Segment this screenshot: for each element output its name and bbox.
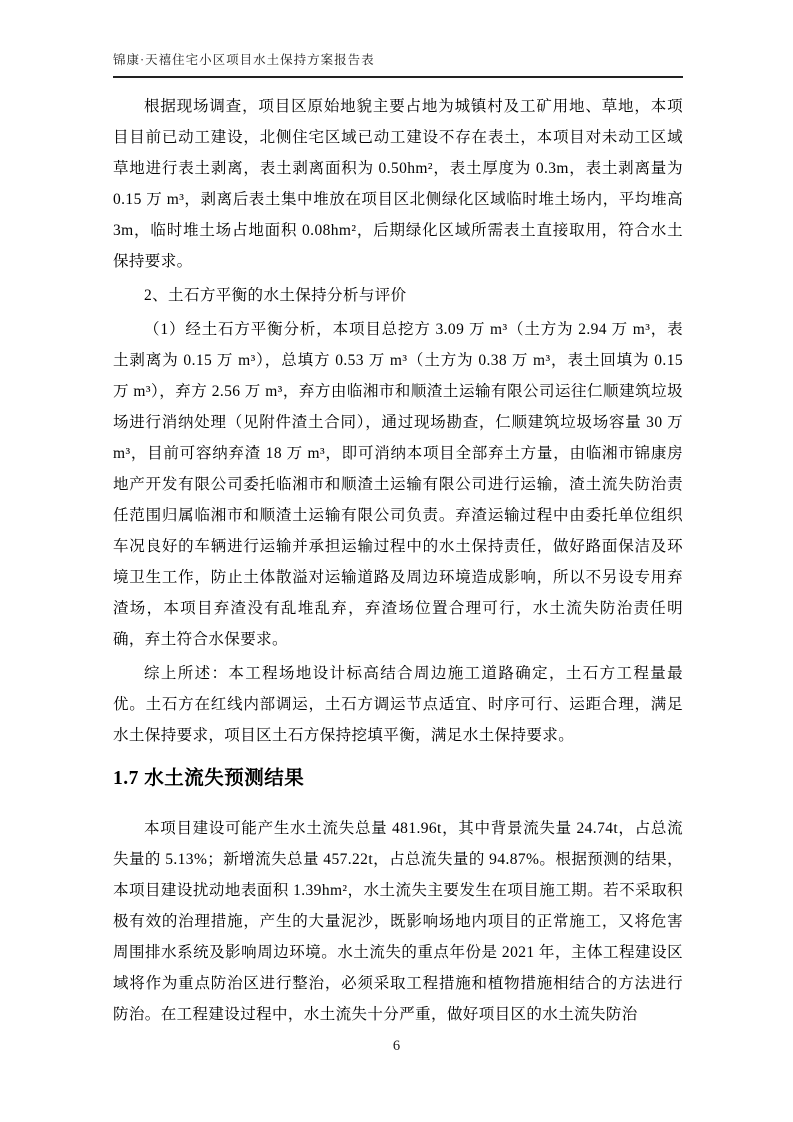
paragraph-earthwork-analysis: （1）经土石方平衡分析，本项目总挖方 3.09 万 m³（土方为 2.94 万 … xyxy=(113,314,683,655)
page-number: 6 xyxy=(0,1038,793,1055)
paragraph-soil-loss-prediction: 本项目建设可能产生水土流失总量 481.96t，其中背景流失量 24.74t，占… xyxy=(113,813,683,1030)
paragraph-topsoil-stripping: 根据现场调查，项目区原始地貌主要占地为城镇村及工矿用地、草地，本项目目前已动工建… xyxy=(113,91,683,277)
section-heading-1-7: 1.7 水土流失预测结果 xyxy=(113,765,683,793)
page-content: 锦康·天禧住宅小区项目水土保持方案报告表 根据现场调查，项目区原始地貌主要占地为… xyxy=(0,0,793,1030)
document-page: 锦康·天禧住宅小区项目水土保持方案报告表 根据现场调查，项目区原始地貌主要占地为… xyxy=(0,0,793,1122)
subheading-earthwork-balance: 2、土石方平衡的水土保持分析与评价 xyxy=(113,280,683,311)
document-header-title: 锦康·天禧住宅小区项目水土保持方案报告表 xyxy=(113,52,683,78)
paragraph-earthwork-conclusion: 综上所述：本工程场地设计标高结合周边施工道路确定，土石方工程量最优。土石方在红线… xyxy=(113,658,683,751)
